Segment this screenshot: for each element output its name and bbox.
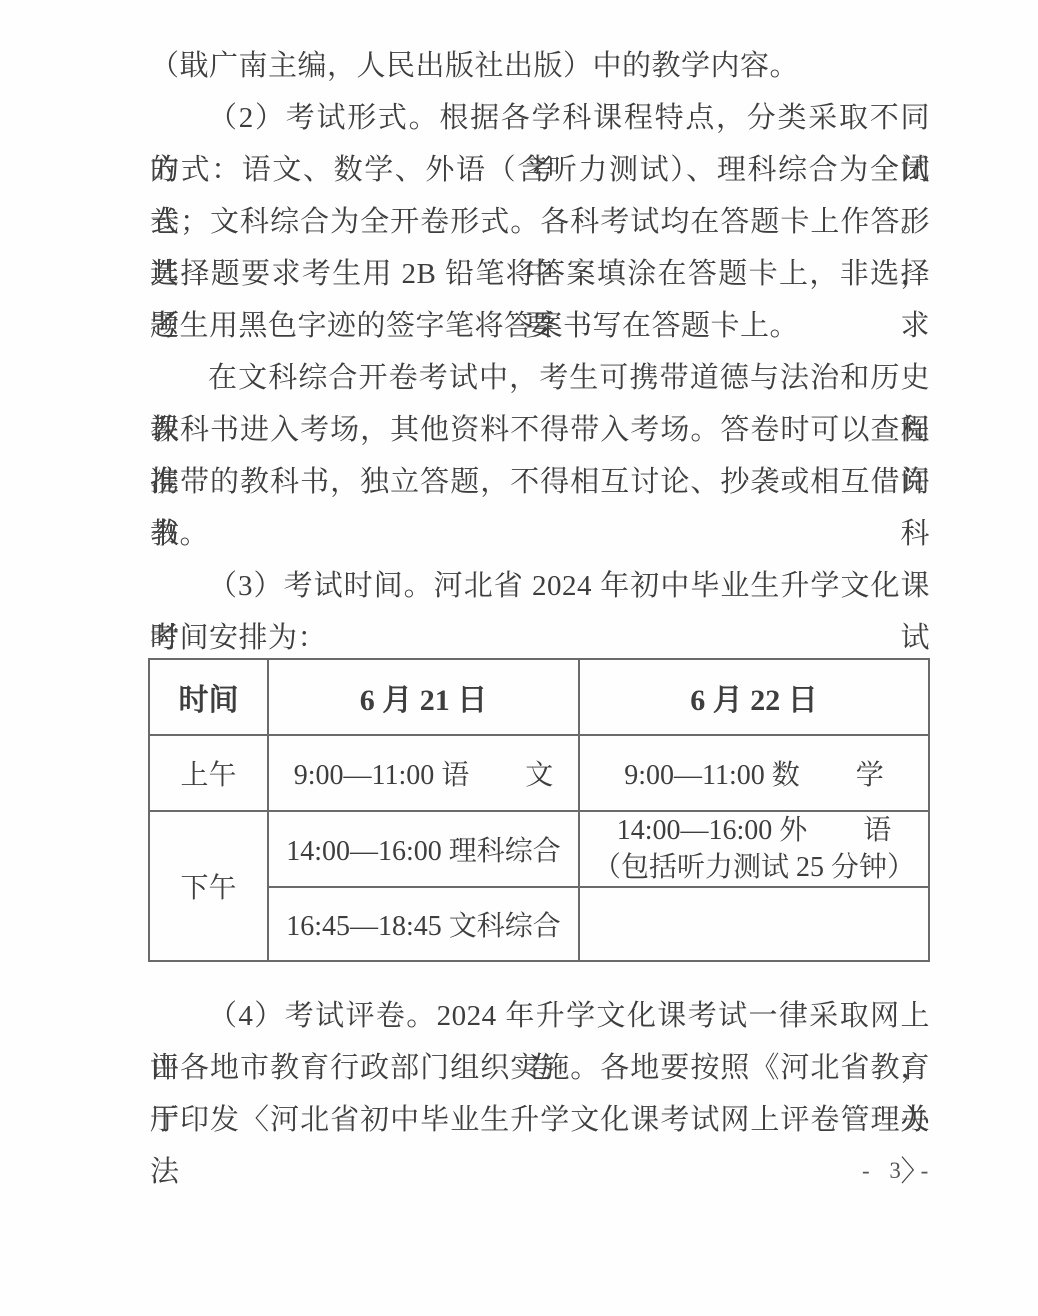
- body-text-upper: （戢广南主编，人民出版社出版）中的教学内容。 （2）考试形式。根据各学科课程特点…: [150, 40, 930, 664]
- body-text-lower: （4）考试评卷。2024 年升学文化课考试一律采取网上评卷， 由各地市教育行政部…: [150, 990, 930, 1146]
- header-cell-time: 时间: [149, 659, 268, 735]
- text-line: 方式：语文、数学、外语（含听力测试）、理科综合为全闭卷形: [150, 144, 930, 196]
- cell-afternoon-slot1-day1: 14:00—16:00 理科综合: [268, 811, 579, 887]
- header-cell-day2: 6 月 22 日: [579, 659, 929, 735]
- page-number: - 3 -: [862, 1158, 935, 1184]
- foreign-language-time: 14:00—16:00 外 语: [584, 812, 924, 849]
- text-line: （3）考试时间。河北省 2024 年初中毕业生升学文化课考试: [150, 560, 930, 612]
- text-line: 在文科综合开卷考试中，考生可携带道德与法治和历史课程: [150, 352, 930, 404]
- cell-afternoon-slot2-day2: [579, 887, 929, 961]
- text-line: 于印发〈河北省初中毕业生升学文化课考试网上评卷管理办法〉: [150, 1094, 930, 1146]
- text-line: 选择题要求考生用 2B 铅笔将答案填涂在答题卡上，非选择题要求: [150, 248, 930, 300]
- cell-morning-label: 上午: [149, 735, 268, 811]
- exam-schedule-table: 时间 6 月 21 日 6 月 22 日 上午 9:00—11:00 语 文 9…: [148, 658, 930, 962]
- table-row-morning: 上午 9:00—11:00 语 文 9:00—11:00 数 学: [149, 735, 929, 811]
- text-line: 式；文科综合为全开卷形式。各科考试均在答题卡上作答。其中，: [150, 196, 930, 248]
- cell-afternoon-slot2-day1: 16:45—18:45 文科综合: [268, 887, 579, 961]
- table-row-afternoon-slot1: 下午 14:00—16:00 理科综合 14:00—16:00 外 语 （包括听…: [149, 811, 929, 887]
- header-cell-day1: 6 月 21 日: [268, 659, 579, 735]
- cell-afternoon-slot1-day2: 14:00—16:00 外 语 （包括听力测试 25 分钟）: [579, 811, 929, 887]
- text-line: 由各地市教育行政部门组织实施。各地要按照《河北省教育厅关: [150, 1042, 930, 1094]
- cell-morning-day2: 9:00—11:00 数 学: [579, 735, 929, 811]
- text-line: （2）考试形式。根据各学科课程特点，分类采取不同的考试: [150, 92, 930, 144]
- cell-morning-day1: 9:00—11:00 语 文: [268, 735, 579, 811]
- document-page: （戢广南主编，人民出版社出版）中的教学内容。 （2）考试形式。根据各学科课程特点…: [0, 0, 1038, 1316]
- cell-afternoon-label: 下午: [149, 811, 268, 961]
- table-header-row: 时间 6 月 21 日 6 月 22 日: [149, 659, 929, 735]
- listening-test-note: （包括听力测试 25 分钟）: [584, 849, 924, 886]
- text-line: 教科书进入考场，其他资料不得带入考场。答卷时可以查阅准许: [150, 404, 930, 456]
- text-line: （4）考试评卷。2024 年升学文化课考试一律采取网上评卷，: [150, 990, 930, 1042]
- text-line: （戢广南主编，人民出版社出版）中的教学内容。: [150, 40, 930, 92]
- text-line: 携带的教科书，独立答题，不得相互讨论、抄袭或相互借阅教科: [150, 456, 930, 508]
